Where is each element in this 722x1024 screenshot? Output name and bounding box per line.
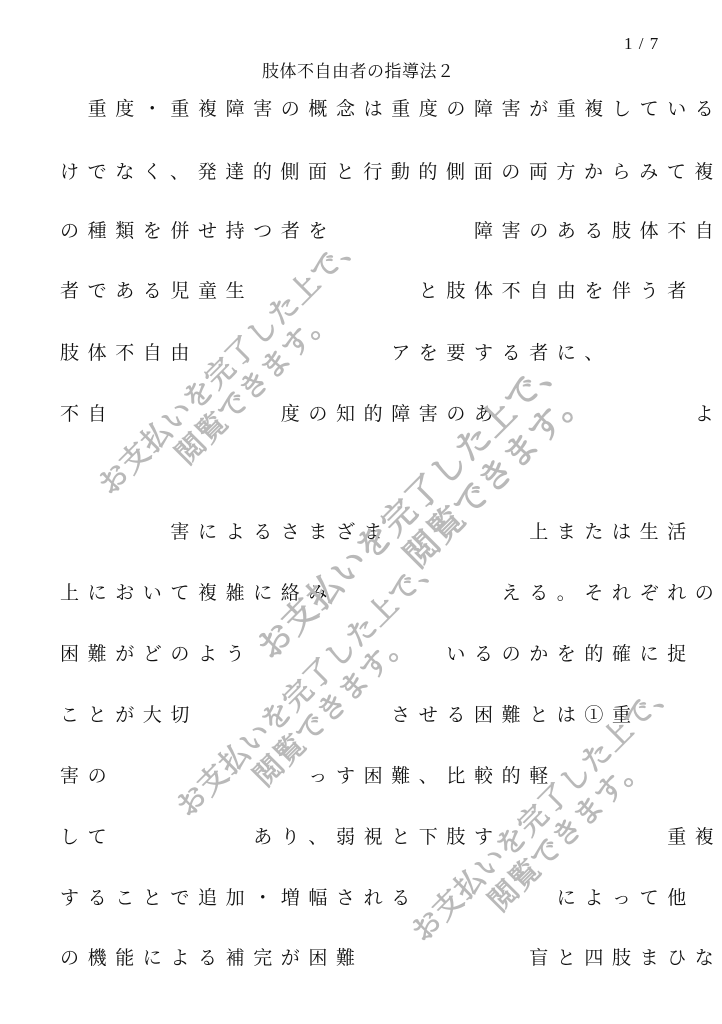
body-line-15: の機能による補完が困難 盲と四肢まひな [60,943,664,973]
body-line-5: 肢体不自由 アを要する者に、 [60,338,664,368]
body-line-1: 重度・重複障害の概念は重度の障害が重複しているだ [60,94,664,124]
page-indicator: 1 / 7 [624,34,659,54]
body-line-14: することで追加・増幅される によって他 [60,883,664,913]
document-title: 肢体不自由者の指導法２ [262,57,455,82]
body-line-2: けでなく、発達的側面と行動的側面の両方からみて複数 [60,157,664,187]
body-line-11: ことが大切 させる困難とは①重 [60,700,664,730]
